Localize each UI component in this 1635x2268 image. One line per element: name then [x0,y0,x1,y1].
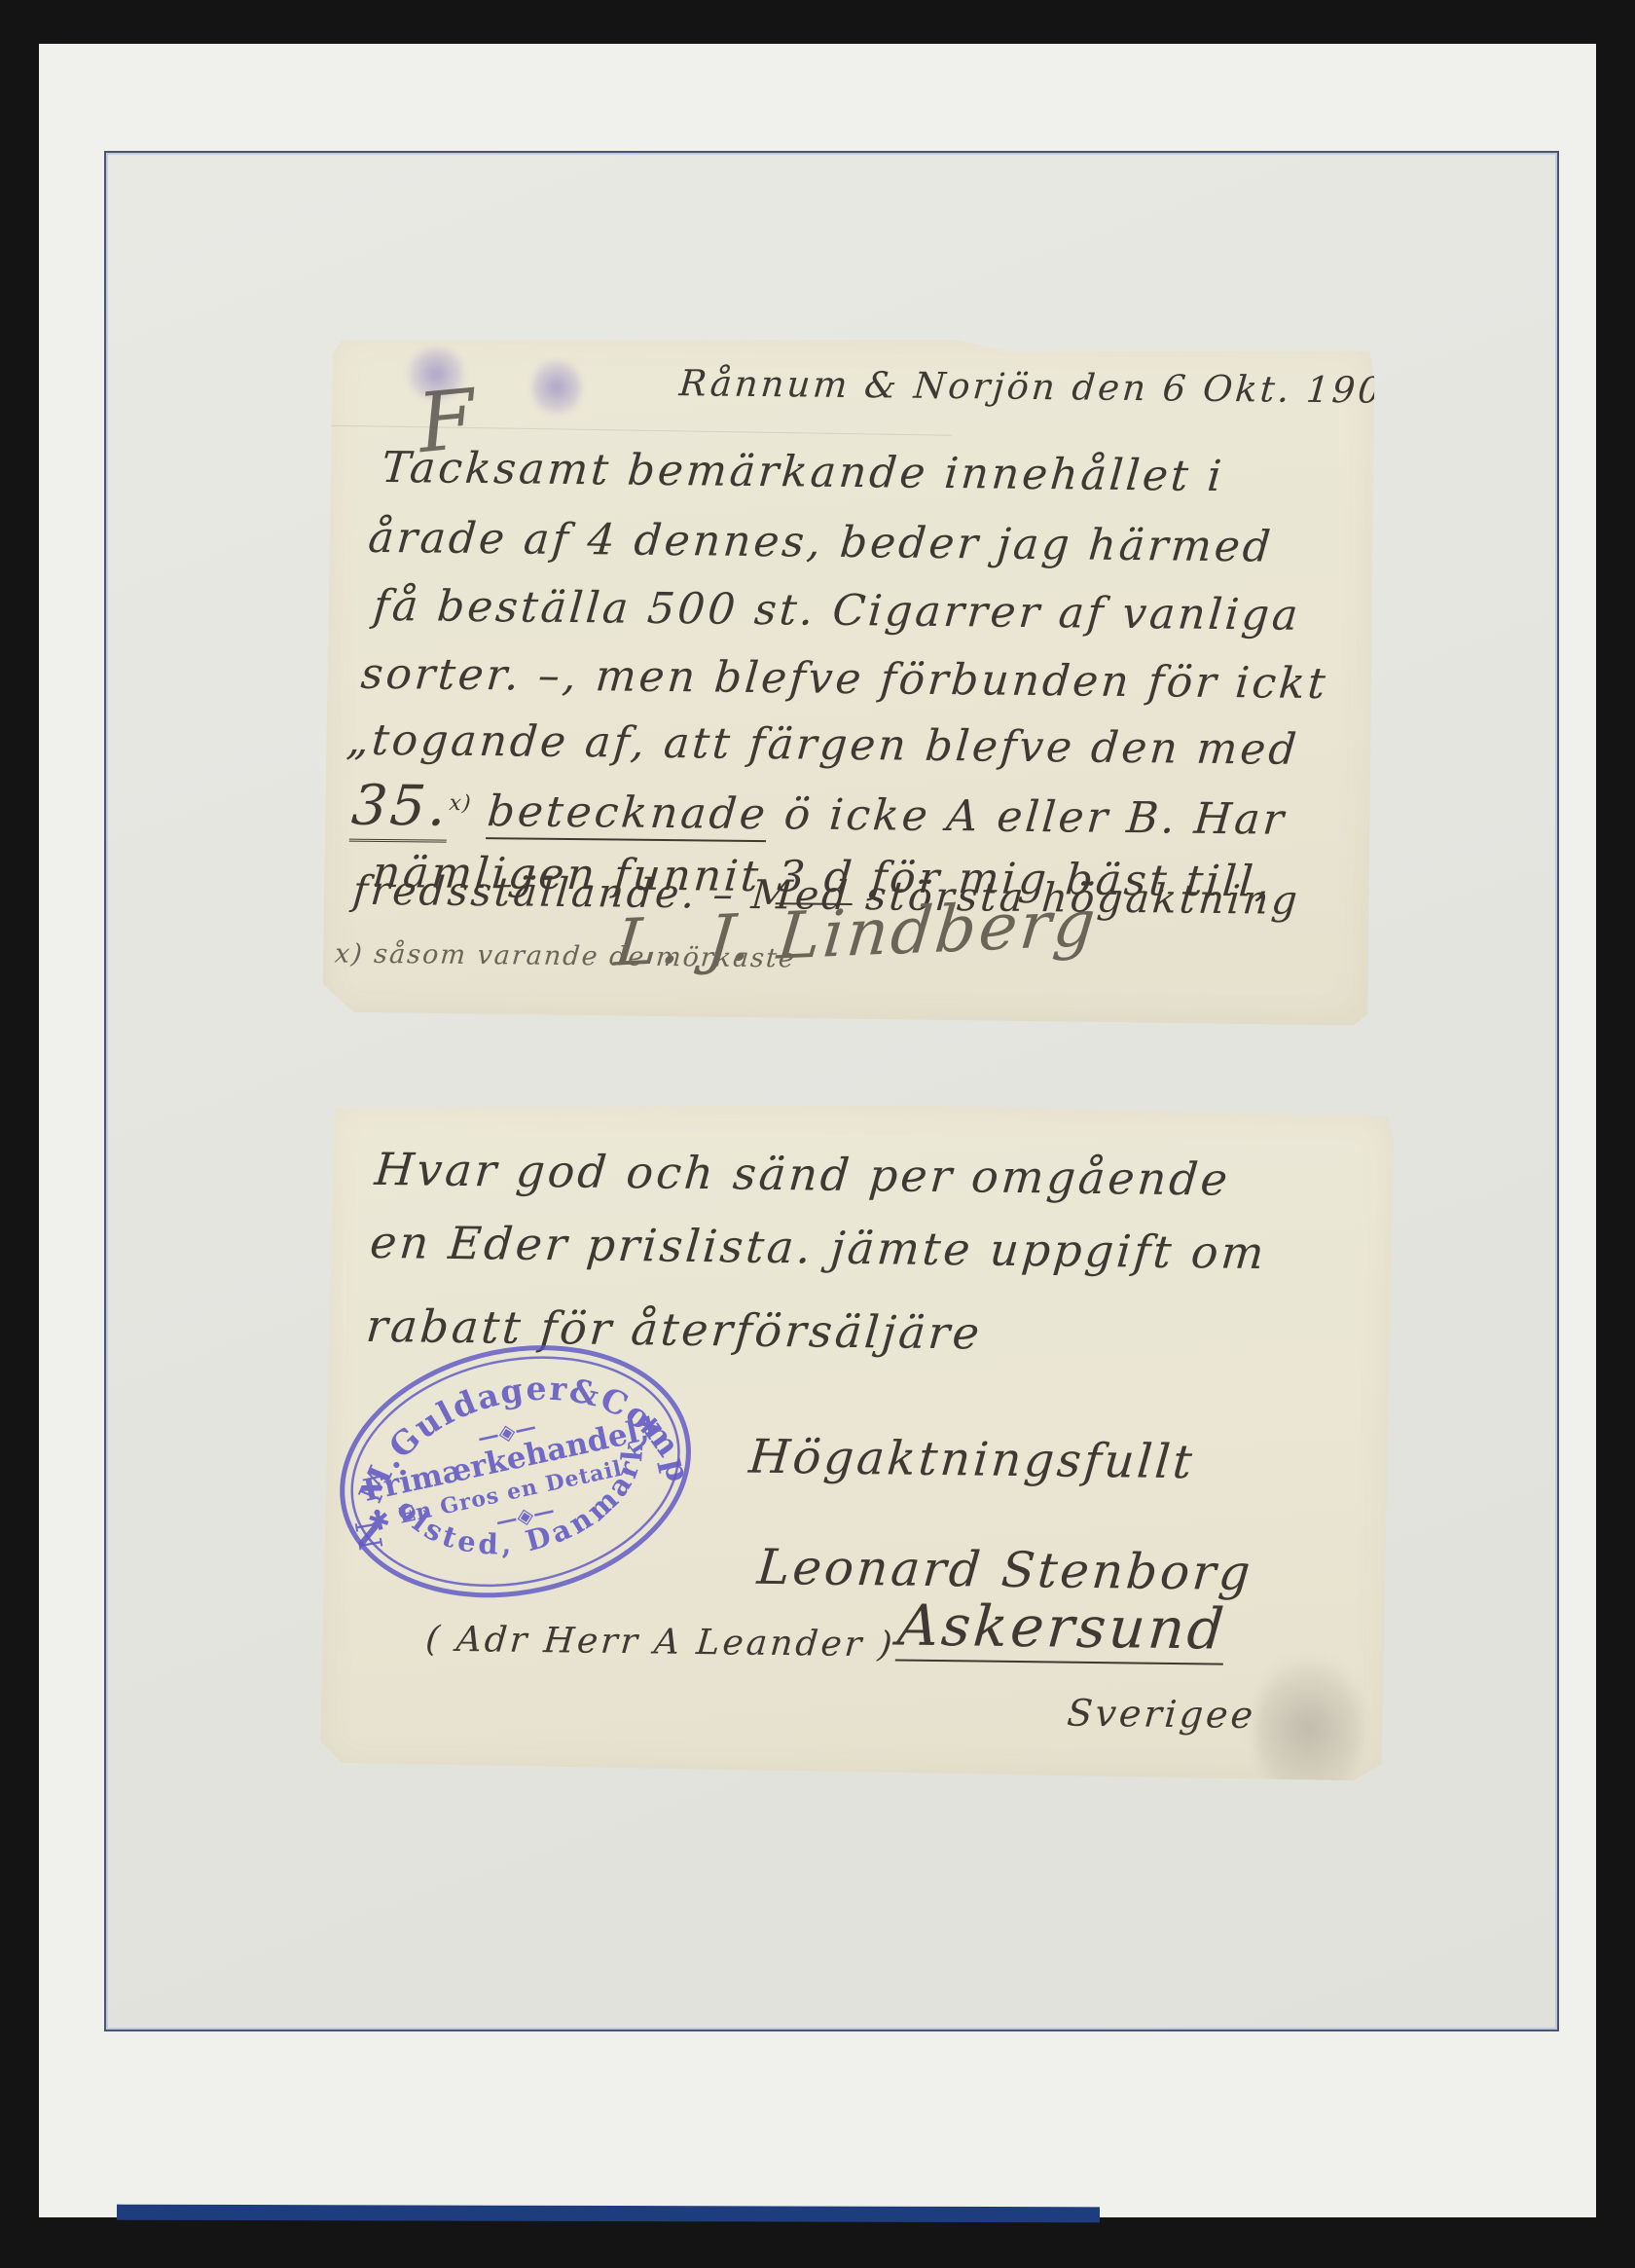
postcard-top: F Rånnum & Norjön den 6 Okt. 1906. Tacks… [322,333,1374,1025]
handwriting-date-line: Rånnum & Norjön den 6 Okt. 1906. [677,362,1425,412]
underlined-number: 35. [349,774,452,843]
handwriting-line: 35.x) betecknade ö icke A eller B. Har [349,774,1290,848]
country-name: Sverigee [1066,1692,1257,1737]
closing-phrase: Högaktningsfullt [746,1430,1196,1490]
handwriting-line: sorter. –, men blefve förbunden för ickt [359,649,1330,709]
handwriting-line: Tacksamt bemärkande innehållet i [380,443,1226,501]
address-note: ( Adr Herr A Leander ) [424,1620,896,1665]
handwriting-text: ö icke A eller B. Har [766,789,1289,845]
place-name-underlined: Askersund [895,1592,1229,1665]
footnote-reference: x) [449,791,473,816]
underlined-word: betecknade [486,786,770,842]
handwriting-line: „togande af, att färgen blefve den med [345,715,1300,775]
album-binding-edge [117,2205,1100,2223]
photo-background: { "colors": { "background": "#141414", "… [0,0,1635,2268]
handwriting-line: Hvar god och sänd per omgående [373,1143,1232,1206]
handwriting-line: en Eder prislista. jämte uppgift om [368,1216,1268,1279]
rubber-stamp: N.M.Guldager&Comp —◈— Frimærkehandel, ✱ … [309,1309,721,1633]
handwriting-line: få beställa 500 st. Cigarrer af vanliga [372,581,1303,640]
postcard-bottom: Hvar god och sänd per omgående en Eder p… [320,1098,1394,1780]
signature: Leonard Stenborg [755,1539,1255,1601]
handwriting-line: årade af 4 dennes, beder jag härmed [366,513,1275,572]
ink-smudge [531,357,583,419]
album-page: F Rånnum & Norjön den 6 Okt. 1906. Tacks… [39,44,1596,2217]
